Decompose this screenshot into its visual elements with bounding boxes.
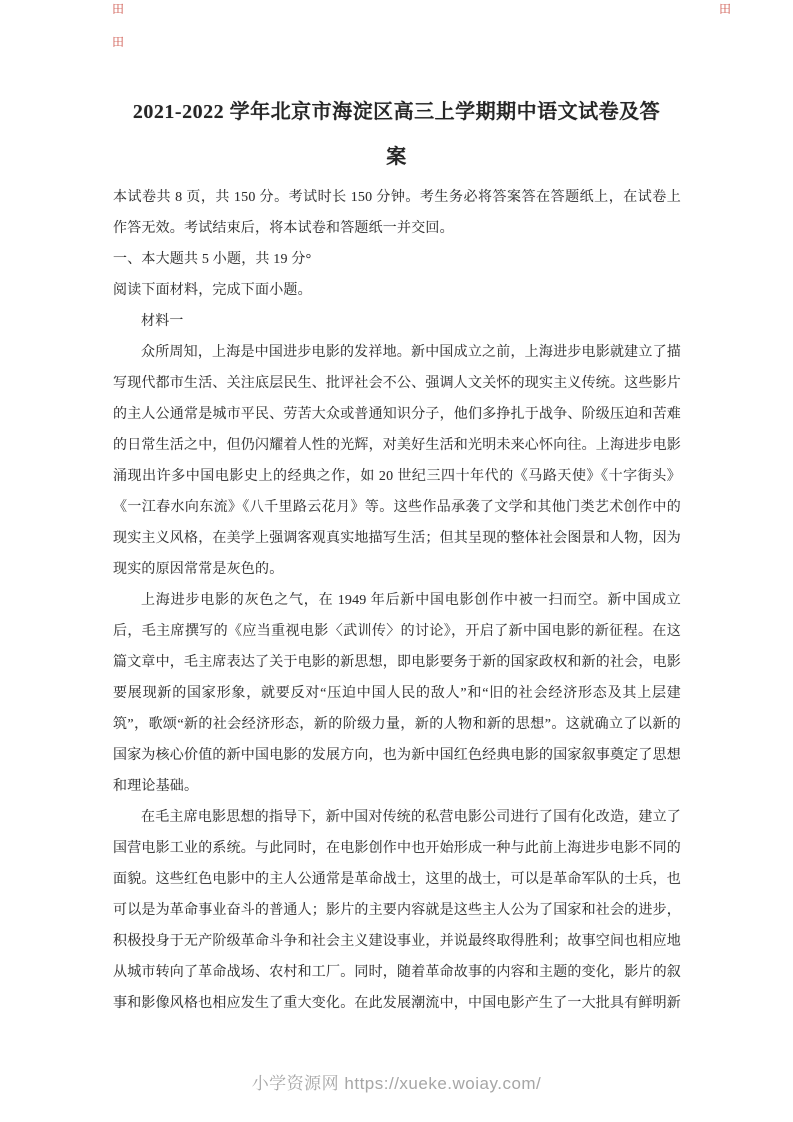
material-label: 材料一 [113, 306, 681, 337]
document-title: 2021-2022 学年北京市海淀区高三上学期期中语文试卷及答 案 [58, 90, 735, 180]
section-heading: 一、本大题共 5 小题，共 19 分° [113, 244, 681, 275]
paragraph: 众所周知，上海是中国进步电影的发祥地。新中国成立之前，上海进步电影就建立了描写现… [113, 337, 681, 585]
document-page: 田 田 田 2021-2022 学年北京市海淀区高三上学期期中语文试卷及答 案 … [0, 0, 793, 1122]
paragraph: 上海进步电影的灰色之气，在 1949 年后新中国电影创作中被一扫而空。新中国成立… [113, 585, 681, 802]
site-watermark: 小学资源网 https://xueke.woiay.com/ [0, 1074, 793, 1094]
article-body: 本试卷共 8 页，共 150 分。考试时长 150 分钟。考生务必将答案答在答题… [113, 182, 681, 1019]
reading-instruction: 阅读下面材料，完成下面小题。 [113, 275, 681, 306]
title-line-1: 2021-2022 学年北京市海淀区高三上学期期中语文试卷及答 [58, 90, 735, 135]
red-stamp-icon: 田 [112, 3, 124, 15]
red-stamp-icon: 田 [112, 36, 124, 48]
title-line-2: 案 [58, 135, 735, 180]
paragraph: 在毛主席电影思想的指导下，新中国对传统的私营电影公司进行了国有化改造，建立了国营… [113, 802, 681, 1019]
exam-notice: 本试卷共 8 页，共 150 分。考试时长 150 分钟。考生务必将答案答在答题… [113, 182, 681, 244]
red-stamp-icon: 田 [719, 3, 731, 15]
